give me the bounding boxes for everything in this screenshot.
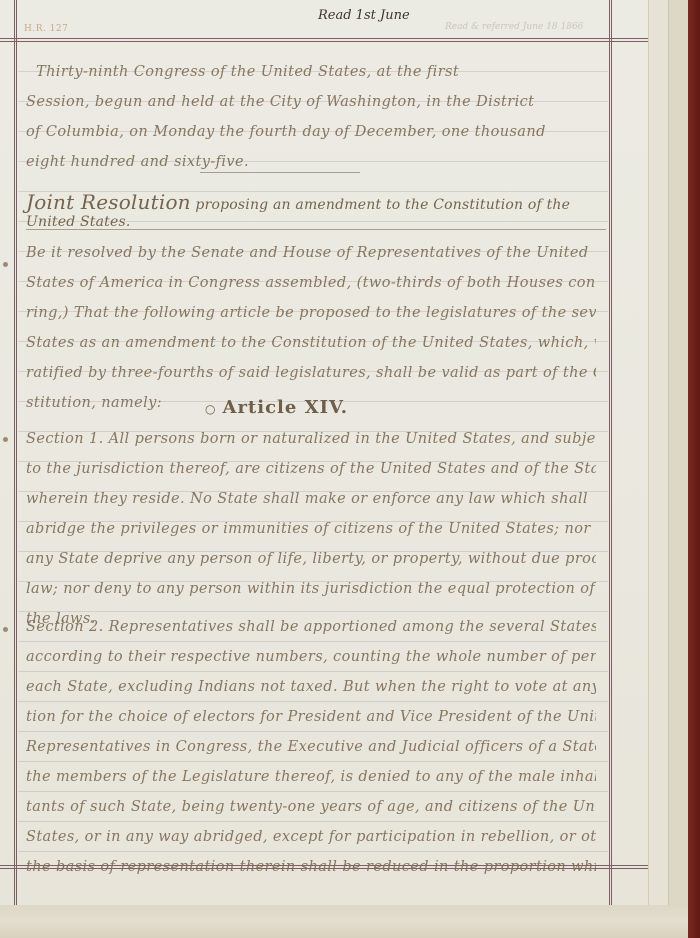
section2-line: tion for the choice of electors for Pres… [26, 702, 596, 732]
section2-line: tants of such State, being twenty-one ye… [26, 792, 596, 822]
section2-line: Section 2. Representatives shall be appo… [26, 612, 596, 642]
section-2: Section 2. Representatives shall be appo… [26, 612, 596, 882]
preamble-line: Thirty-ninth Congress of the United Stat… [26, 57, 596, 87]
section2-line: the members of the Legislature thereof, … [26, 762, 596, 792]
resolution-line: ratified by three-fourths of said legisl… [26, 358, 596, 388]
section2-line: according to their respective numbers, c… [26, 642, 596, 672]
section1-line: any State deprive any person of life, li… [26, 544, 596, 574]
article-heading: ○Article XIV. [205, 397, 348, 418]
book-binding [688, 0, 700, 938]
faint-annotation: Read & referred June 18 1866 [445, 22, 583, 32]
title-divider [26, 229, 606, 230]
section1-line: to the jurisdiction thereof, are citizen… [26, 454, 596, 484]
preamble-line: of Columbia, on Monday the fourth day of… [26, 117, 596, 147]
top-annotation: Read 1st June [318, 8, 410, 23]
binding-hole-icon [3, 627, 8, 632]
section2-line: each State, excluding Indians not taxed.… [26, 672, 596, 702]
title-lead: Joint Resolution [26, 190, 191, 214]
section1-line: law; nor deny to any person within its j… [26, 574, 596, 604]
right-margin-rule [609, 0, 612, 905]
section2-line: the basis of representation therein shal… [26, 852, 596, 882]
section2-line: Representatives in Congress, the Executi… [26, 732, 596, 762]
left-margin-rule [14, 0, 17, 905]
binding-hole-icon [3, 437, 8, 442]
preamble-line: Session, begun and held at the City of W… [26, 87, 596, 117]
shelfmark: H.R. 127 [24, 24, 68, 34]
article-heading-text: Article XIV. [222, 397, 348, 418]
manuscript-page: H.R. 127 Read 1st June Read & referred J… [0, 0, 700, 938]
top-margin-rule [0, 38, 648, 42]
binding-hole-icon [3, 262, 8, 267]
section-1: Section 1. All persons born or naturaliz… [26, 424, 596, 634]
resolution-title: Joint Resolution proposing an amendment … [26, 190, 596, 230]
preamble: Thirty-ninth Congress of the United Stat… [26, 57, 596, 177]
section1-line: abridge the privileges or immunities of … [26, 514, 596, 544]
preamble-divider [200, 172, 360, 173]
section1-line: Section 1. All persons born or naturaliz… [26, 424, 596, 454]
page-edge [668, 0, 689, 925]
circle-ornament-icon: ○ [205, 402, 216, 416]
page-bottom-edge [0, 905, 688, 938]
resolution-line: States as an amendment to the Constituti… [26, 328, 596, 358]
section1-line: wherein they reside. No State shall make… [26, 484, 596, 514]
resolution-line: ring,) That the following article be pro… [26, 298, 596, 328]
resolution-line: States of America in Congress assembled,… [26, 268, 596, 298]
resolution-line: Be it resolved by the Senate and House o… [26, 238, 596, 268]
section2-line: States, or in any way abridged, except f… [26, 822, 596, 852]
page-edge [648, 0, 669, 915]
resolving-clause: Be it resolved by the Senate and House o… [26, 238, 596, 418]
